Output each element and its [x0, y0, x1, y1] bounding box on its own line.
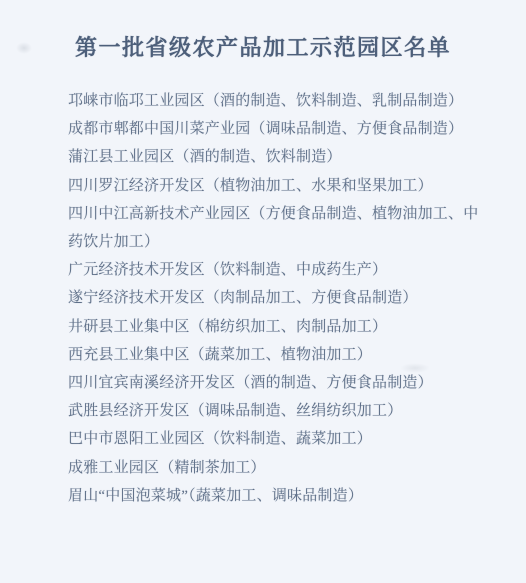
- page-title: 第一批省级农产品加工示范园区名单: [0, 31, 526, 62]
- list-item: 西充县工业集中区（蔬菜加工、植物油加工）: [68, 341, 492, 369]
- list-item: 遂宁经济技术开发区（肉制品加工、方便食品制造）: [68, 284, 492, 312]
- list-item: 邛崃市临邛工业园区（酒的制造、饮料制造、乳制品制造）: [68, 87, 492, 115]
- list-item: 眉山“中国泡菜城”（蔬菜加工、调味品制造）: [68, 482, 492, 510]
- list-item: 四川中江高新技术产业园区（方便食品制造、植物油加工、中药饮片加工）: [68, 200, 492, 256]
- list-item: 广元经济技术开发区（饮料制造、中成药生产）: [68, 256, 492, 284]
- list-item: 四川罗江经济开发区（植物油加工、水果和坚果加工）: [68, 172, 492, 200]
- park-list: 邛崃市临邛工业园区（酒的制造、饮料制造、乳制品制造）成都市郫都中国川菜产业园（调…: [68, 87, 492, 510]
- list-item: 蒲江县工业园区（酒的制造、饮料制造）: [68, 143, 492, 171]
- list-item: 成都市郫都中国川菜产业园（调味品制造、方便食品制造）: [68, 115, 492, 143]
- list-item: 成雅工业园区（精制茶加工）: [68, 454, 492, 482]
- list-item: 武胜县经济开发区（调味品制造、丝绢纺织加工）: [68, 397, 492, 425]
- document-page: 第一批省级农产品加工示范园区名单 邛崃市临邛工业园区（酒的制造、饮料制造、乳制品…: [0, 0, 526, 583]
- list-item: 巴中市恩阳工业园区（饮料制造、蔬菜加工）: [68, 425, 492, 453]
- list-item: 四川宜宾南溪经济开发区（酒的制造、方便食品制造）: [68, 369, 492, 397]
- list-item: 井研县工业集中区（棉纺织加工、肉制品加工）: [68, 313, 492, 341]
